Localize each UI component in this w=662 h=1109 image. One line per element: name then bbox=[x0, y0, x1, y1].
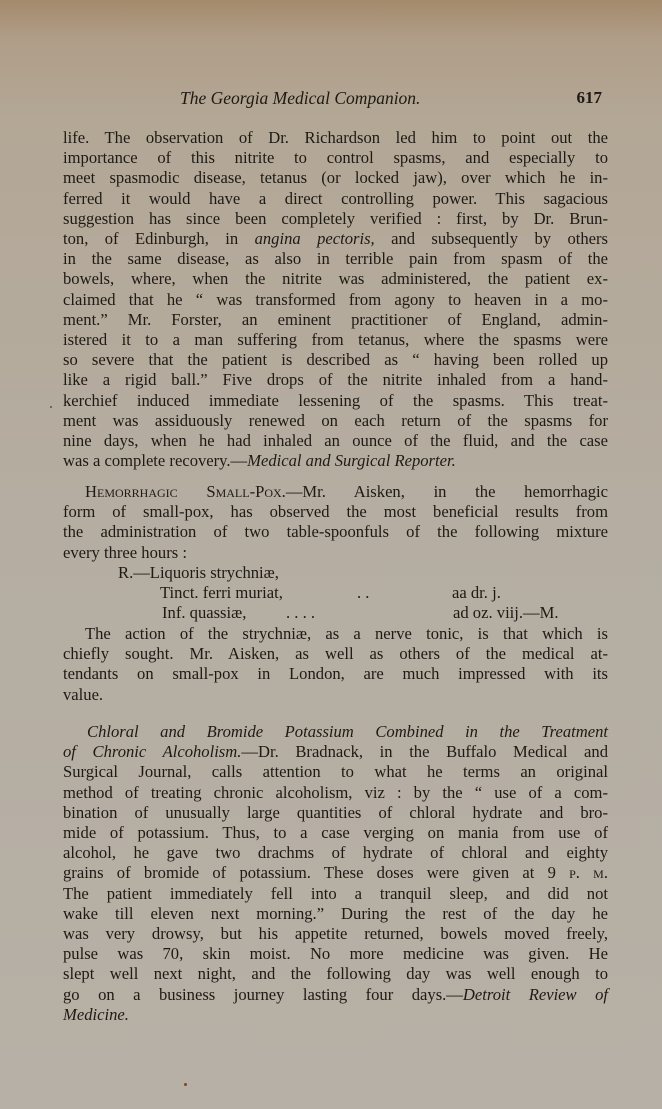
rx-item: Tinct. ferri muriat, bbox=[160, 583, 283, 603]
text-line: ment was assiduously renewed on each ret… bbox=[63, 411, 608, 431]
text-line: tendants on small-pox in London, are muc… bbox=[63, 664, 608, 684]
article-smallpox-paragraph: Hemorrhagic Small-Pox.—Mr. Aisken, in th… bbox=[63, 482, 608, 563]
text-line: every three hours : bbox=[63, 543, 608, 563]
source-citation-cont: Medicine. bbox=[63, 1005, 129, 1024]
text-line: in the same disease, as also in terrible… bbox=[63, 249, 608, 269]
section-title: Hemorrhagic Small-Pox. bbox=[85, 482, 286, 501]
text-line: ferred it would have a direct controllin… bbox=[63, 189, 608, 209]
rx-dots: . . . . bbox=[286, 603, 315, 623]
text-line: Hemorrhagic Small-Pox.—Mr. Aisken, in th… bbox=[63, 482, 608, 502]
text-line: pulse was 70, skin moist. No more medici… bbox=[63, 944, 608, 964]
article-nitrite-paragraph: life. The observation of Dr. Richardson … bbox=[63, 128, 608, 471]
text-line: was a complete recovery.—Medical and Sur… bbox=[63, 451, 608, 471]
journal-title: The Georgia Medical Companion. bbox=[180, 88, 420, 109]
text-line: The action of the strychniæ, as a nerve … bbox=[63, 624, 608, 644]
text-line: suggestion has since been completely ver… bbox=[63, 209, 608, 229]
text-line: Medicine. bbox=[63, 1005, 608, 1025]
text-line: meet spasmodic disease, tetanus (or lock… bbox=[63, 168, 608, 188]
running-header: The Georgia Medical Companion. 617 bbox=[180, 88, 602, 109]
text-line: wake till eleven next morning.” During t… bbox=[63, 904, 608, 924]
text-line: nine days, when he had inhaled an ounce … bbox=[63, 431, 608, 451]
section-title-cont: of Chronic Alcoholism. bbox=[63, 742, 241, 761]
text-line: bowels, where, when the nitrite was admi… bbox=[63, 269, 608, 289]
article-chloral-paragraph: Chloral and Bromide Potassium Combined i… bbox=[63, 722, 608, 1025]
text-line: bination of unusually large quantities o… bbox=[63, 803, 608, 823]
text-line: slept well next night, and the following… bbox=[63, 964, 608, 984]
text-line: grains of bromide of potassium. These do… bbox=[63, 863, 608, 883]
text-line: method of treating chronic alcoholism, v… bbox=[63, 783, 608, 803]
text-line: The patient immediately fell into a tran… bbox=[63, 884, 608, 904]
book-page: The Georgia Medical Companion. 617 life.… bbox=[0, 0, 662, 1109]
text-line: so severe that the patient is described … bbox=[63, 350, 608, 370]
italic-term: angina pectoris, bbox=[255, 229, 375, 248]
text-line: istered it to a man suffering from tetan… bbox=[63, 330, 608, 350]
text-line: ment.” Mr. Forster, an eminent practitio… bbox=[63, 310, 608, 330]
rx-dose: ad oz. viij.—M. bbox=[453, 603, 559, 623]
source-citation: Detroit Review of bbox=[463, 985, 608, 1004]
paper-blemish bbox=[50, 406, 52, 408]
text-line: was very drowsy, but his appetite return… bbox=[63, 924, 608, 944]
text-line: chiefly sought. Mr. Aisken, as well as o… bbox=[63, 644, 608, 664]
rx-dots: . . bbox=[357, 583, 369, 603]
text-line: alcohol, he gave two drachms of hydrate … bbox=[63, 843, 608, 863]
text-line: of Chronic Alcoholism.—Dr. Bradnack, in … bbox=[63, 742, 608, 762]
text-line: form of small-pox, has observed the most… bbox=[63, 502, 608, 522]
text-line: like a rigid ball.” Five drops of the ni… bbox=[63, 370, 608, 390]
text-line: ton, of Edinburgh, in angina pectoris, a… bbox=[63, 229, 608, 249]
text-line: go on a business journey lasting four da… bbox=[63, 985, 608, 1005]
rx-item: Inf. quassiæ, bbox=[162, 603, 246, 623]
text-line: life. The observation of Dr. Richardson … bbox=[63, 128, 608, 148]
text-line: claimed that he “ was transformed from a… bbox=[63, 290, 608, 310]
paper-blemish bbox=[184, 1083, 187, 1086]
rx-dose: aa dr. j. bbox=[452, 583, 501, 603]
section-title: Chloral and Bromide Potassium Combined i… bbox=[87, 722, 608, 741]
text-line: importance of this nitrite to control sp… bbox=[63, 148, 608, 168]
text-line: the administration of two table-spoonful… bbox=[63, 522, 608, 542]
source-citation: Medical and Surgical Reporter. bbox=[247, 451, 456, 470]
text-line: Surgical Journal, calls attention to wha… bbox=[63, 762, 608, 782]
article-smallpox-conclusion: The action of the strychniæ, as a nerve … bbox=[63, 624, 608, 705]
text-line: Chloral and Bromide Potassium Combined i… bbox=[63, 722, 608, 742]
prescription-block: R.—Liquoris strychniæ, Tinct. ferri muri… bbox=[0, 563, 662, 623]
text-line: kerchief induced immediate lessening of … bbox=[63, 391, 608, 411]
page-number: 617 bbox=[577, 88, 603, 109]
text-line: mide of potassium. Thus, to a case vergi… bbox=[63, 823, 608, 843]
text-line: value. bbox=[63, 685, 608, 705]
rx-item: R.—Liquoris strychniæ, bbox=[118, 563, 279, 583]
